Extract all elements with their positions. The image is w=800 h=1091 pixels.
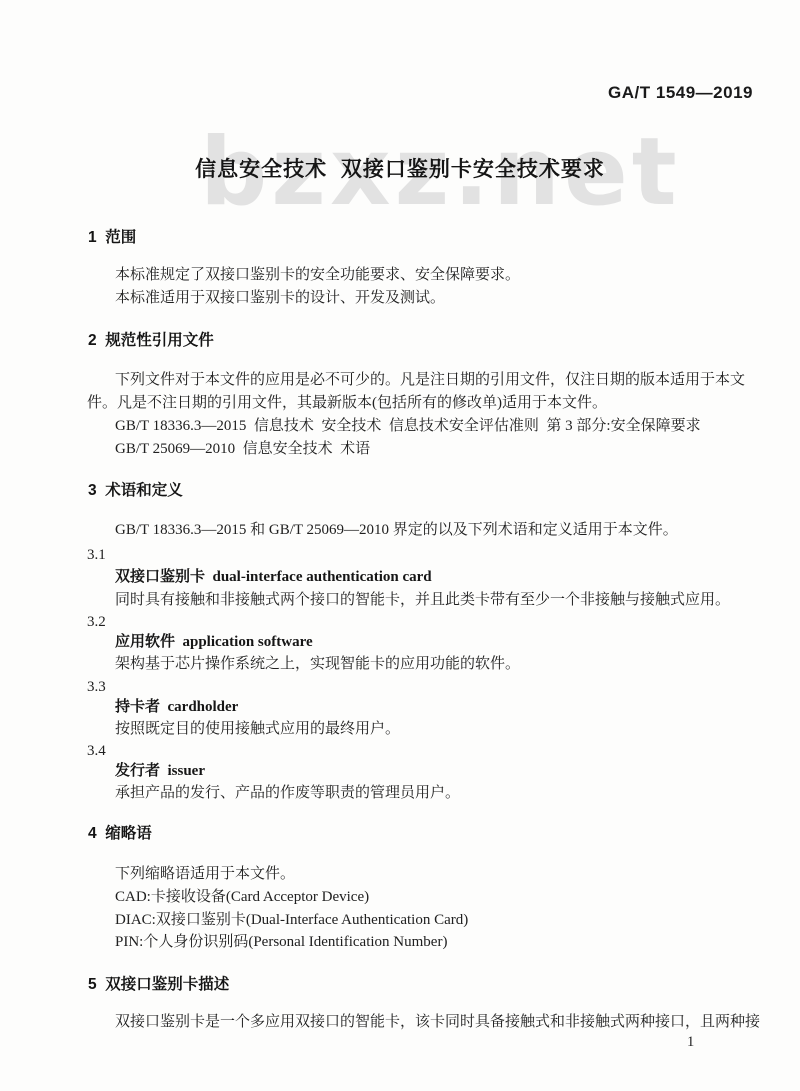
section-1-paragraph-1: 本标准规定了双接口鉴别卡的安全功能要求、安全保障要求。: [115, 266, 520, 285]
section-1-paragraph-2: 本标准适用于双接口鉴别卡的设计、开发及测试。: [115, 289, 445, 308]
abbreviation-cad: CAD:卡接收设备(Card Acceptor Device): [115, 888, 369, 907]
section-1-heading: 1 范围: [88, 228, 136, 247]
abbreviation-diac: DIAC:双接口鉴别卡(Dual-Interface Authenticatio…: [115, 911, 468, 930]
term-definition-3-3: 按照既定目的使用接触式应用的最终用户。: [115, 720, 400, 739]
normative-reference-1: GB/T 18336.3—2015 信息技术 安全技术 信息技术安全评估准则 第…: [115, 417, 701, 436]
document-title: 信息安全技术 双接口鉴别卡安全技术要求: [0, 153, 800, 183]
section-5-paragraph-1: 双接口鉴别卡是一个多应用双接口的智能卡，该卡同时具备接触式和非接触式两种接口，且…: [115, 1013, 760, 1032]
document-page: bzxz.net GA/T 1549—2019 信息安全技术 双接口鉴别卡安全技…: [0, 0, 800, 1091]
abbreviation-pin: PIN:个人身份识别码(Personal Identification Numb…: [115, 933, 447, 952]
section-2-intro-line-1: 下列文件对于本文件的应用是必不可少的。凡是注日期的引用文件，仅注日期的版本适用于…: [115, 371, 745, 390]
term-number-3-4: 3.4: [87, 742, 106, 761]
term-name-3-4: 发行者 issuer: [115, 762, 205, 781]
section-3-heading: 3 术语和定义: [88, 481, 183, 500]
section-2-intro-line-2: 件。凡是不注日期的引用文件，其最新版本(包括所有的修改单)适用于本文件。: [87, 394, 607, 413]
term-name-3-2: 应用软件 application software: [115, 633, 313, 652]
term-definition-3-2: 架构基于芯片操作系统之上，实现智能卡的应用功能的软件。: [115, 655, 520, 674]
normative-reference-2: GB/T 25069—2010 信息安全技术 术语: [115, 440, 370, 459]
section-4-intro: 下列缩略语适用于本文件。: [115, 865, 295, 884]
term-number-3-1: 3.1: [87, 546, 106, 565]
section-2-heading: 2 规范性引用文件: [88, 331, 214, 350]
section-5-heading: 5 双接口鉴别卡描述: [88, 975, 229, 994]
term-number-3-3: 3.3: [87, 678, 106, 697]
page-number: 1: [687, 1034, 694, 1051]
term-definition-3-1: 同时具有接触和非接触式两个接口的智能卡，并且此类卡带有至少一个非接触与接触式应用…: [115, 591, 730, 610]
section-4-heading: 4 缩略语: [88, 824, 152, 843]
term-number-3-2: 3.2: [87, 613, 106, 632]
section-3-intro: GB/T 18336.3—2015 和 GB/T 25069—2010 界定的以…: [115, 521, 678, 540]
standard-number: GA/T 1549—2019: [608, 83, 753, 103]
term-name-3-3: 持卡者 cardholder: [115, 698, 238, 717]
term-name-3-1: 双接口鉴别卡 dual-interface authentication car…: [115, 568, 432, 587]
term-definition-3-4: 承担产品的发行、产品的作废等职责的管理员用户。: [115, 784, 460, 803]
